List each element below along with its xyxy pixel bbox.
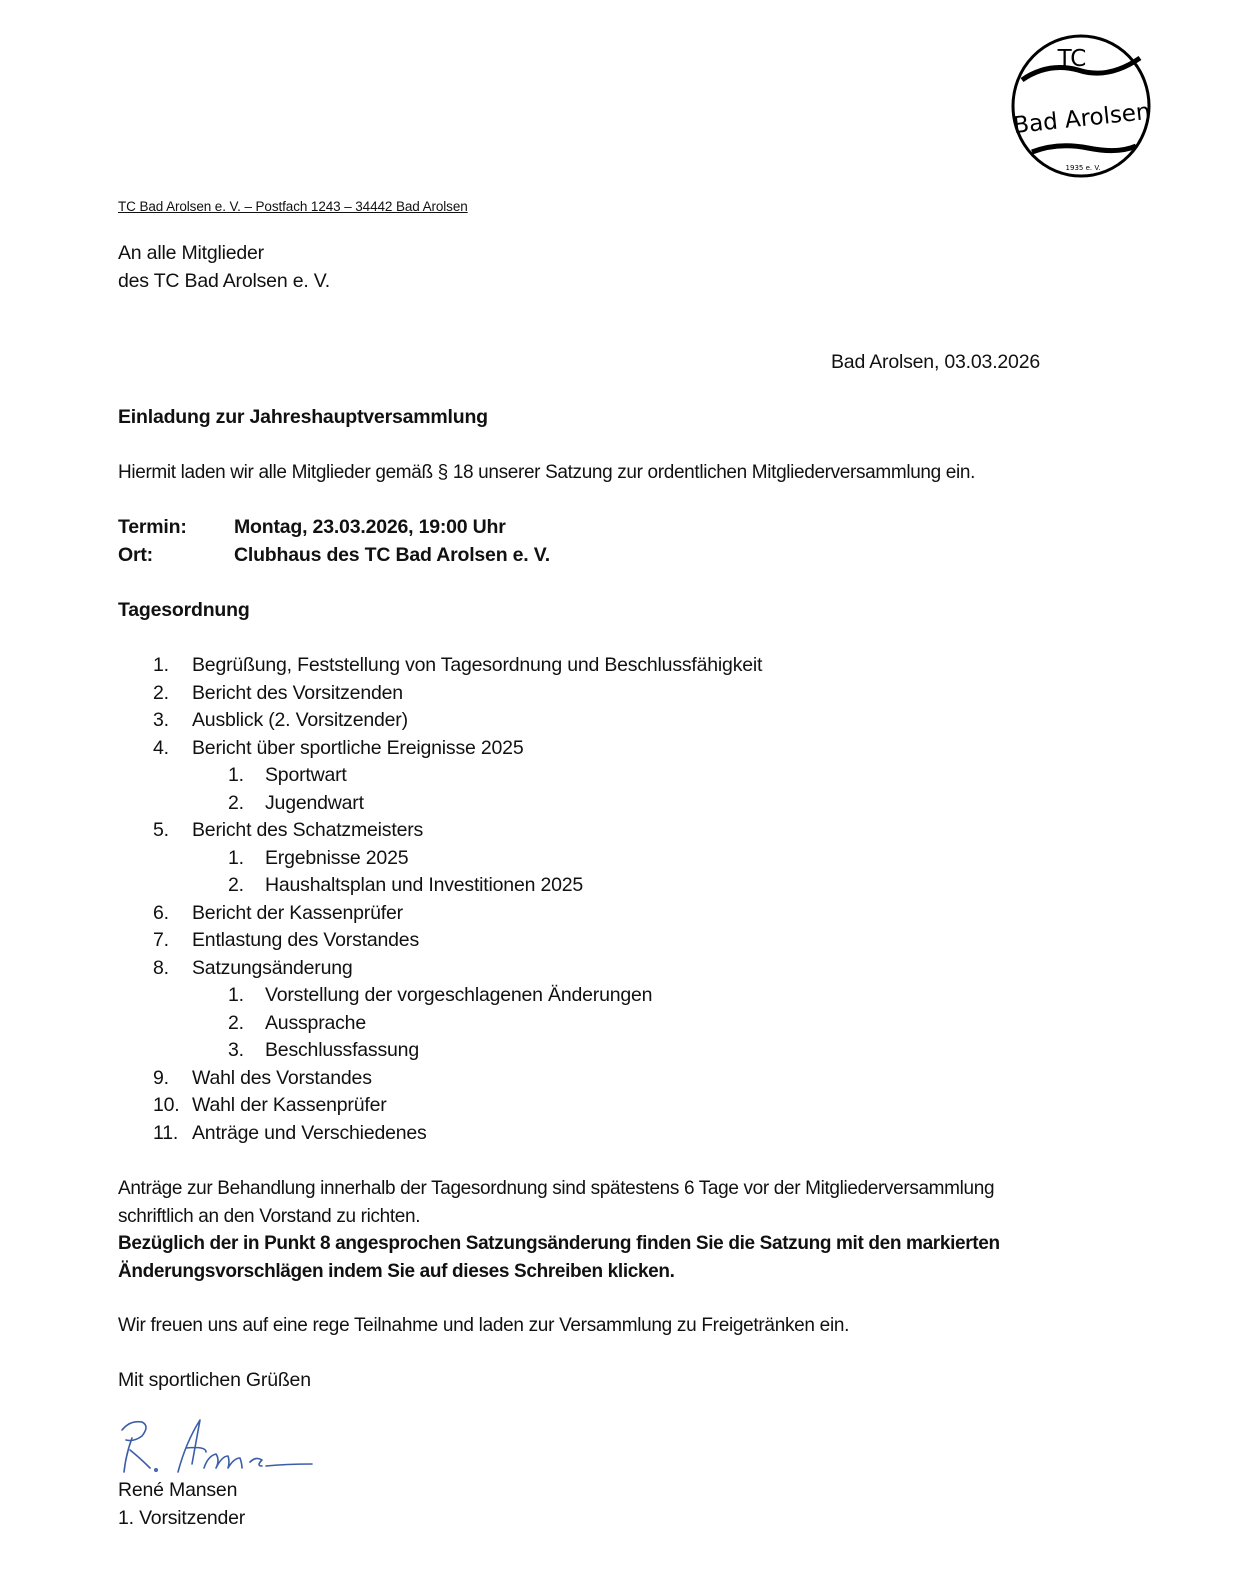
agenda-item-number: 1. — [118, 982, 265, 1010]
letter-subject: Einladung zur Jahreshauptversammlung — [118, 404, 488, 432]
agenda-item-text: Begrüßung, Feststellung von Tagesordnung… — [192, 652, 762, 680]
agenda-item: 6. Bericht der Kassenprüfer — [118, 900, 762, 928]
agenda-subitem: 1. Vorstellung der vorgeschlagenen Änder… — [118, 982, 762, 1010]
agenda-item-text: Haushaltsplan und Investitionen 2025 — [265, 872, 583, 900]
agenda-item-text: Satzungsänderung — [192, 955, 353, 983]
agenda-item: 7. Entlastung des Vorstandes — [118, 927, 762, 955]
agenda-item-text: Ausblick (2. Vorsitzender) — [192, 707, 408, 735]
statute-link-line-2[interactable]: Änderungsvorschlägen indem Sie auf diese… — [118, 1258, 1128, 1286]
sender-address-line: TC Bad Arolsen e. V. – Postfach 1243 – 3… — [118, 199, 468, 214]
recipient-line-2: des TC Bad Arolsen e. V. — [118, 268, 330, 296]
agenda-item: 10. Wahl der Kassenprüfer — [118, 1092, 762, 1120]
closing-paragraph: Wir freuen uns auf eine rege Teilnahme u… — [118, 1312, 849, 1340]
motions-line-2: schriftlich an den Vorstand zu richten. — [118, 1203, 1128, 1231]
agenda-title: Tagesordnung — [118, 597, 250, 625]
agenda-item-text: Entlastung des Vorstandes — [192, 927, 419, 955]
agenda-item-number: 7. — [118, 927, 192, 955]
agenda-item-text: Wahl der Kassenprüfer — [192, 1092, 387, 1120]
agenda-item-number: 8. — [118, 955, 192, 983]
agenda-item: 11. Anträge und Verschiedenes — [118, 1120, 762, 1148]
agenda-item-number: 1. — [118, 845, 265, 873]
agenda-item-text: Sportwart — [265, 762, 347, 790]
motions-line-1: Anträge zur Behandlung innerhalb der Tag… — [118, 1175, 1128, 1203]
agenda-list: 1. Begrüßung, Feststellung von Tagesordn… — [118, 652, 762, 1147]
agenda-item-number: 9. — [118, 1065, 192, 1093]
meeting-date-label: Termin: — [118, 514, 234, 542]
agenda-item-text: Bericht des Schatzmeisters — [192, 817, 423, 845]
agenda-item: 8. Satzungsänderung — [118, 955, 762, 983]
agenda-item-text: Aussprache — [265, 1010, 366, 1038]
place-date: Bad Arolsen, 03.03.2026 — [831, 349, 1040, 377]
agenda-item: 3. Ausblick (2. Vorsitzender) — [118, 707, 762, 735]
agenda-subitem: 2. Jugendwart — [118, 790, 762, 818]
agenda-item-number: 1. — [118, 652, 192, 680]
meeting-date-value: Montag, 23.03.2026, 19:00 Uhr — [234, 514, 506, 542]
agenda-item-number: 3. — [118, 1037, 265, 1065]
agenda-item-number: 1. — [118, 762, 265, 790]
recipient-block: An alle Mitglieder des TC Bad Arolsen e.… — [118, 240, 330, 295]
agenda-item: 5. Bericht des Schatzmeisters — [118, 817, 762, 845]
agenda-item-text: Bericht über sportliche Ereignisse 2025 — [192, 735, 523, 763]
meeting-date-row: Termin: Montag, 23.03.2026, 19:00 Uhr — [118, 514, 550, 542]
agenda-item-number: 5. — [118, 817, 192, 845]
intro-paragraph: Hiermit laden wir alle Mitglieder gemäß … — [118, 459, 975, 487]
agenda-item-number: 2. — [118, 872, 265, 900]
agenda-item-text: Wahl des Vorstandes — [192, 1065, 372, 1093]
agenda-item-text: Beschlussfassung — [265, 1037, 419, 1065]
agenda-item: 1. Begrüßung, Feststellung von Tagesordn… — [118, 652, 762, 680]
agenda-item-text: Bericht der Kassenprüfer — [192, 900, 403, 928]
agenda-item: 2. Bericht des Vorsitzenden — [118, 680, 762, 708]
agenda-item-number: 10. — [118, 1092, 192, 1120]
agenda-item-number: 4. — [118, 735, 192, 763]
agenda-subitem: 2. Haushaltsplan und Investitionen 2025 — [118, 872, 762, 900]
svg-text:TC: TC — [1057, 46, 1087, 72]
signer-role: 1. Vorsitzender — [118, 1505, 245, 1533]
meeting-location-value: Clubhaus des TC Bad Arolsen e. V. — [234, 542, 550, 570]
agenda-item-text: Bericht des Vorsitzenden — [192, 680, 403, 708]
agenda-item-number: 3. — [118, 707, 192, 735]
svg-text:1935 e. V.: 1935 e. V. — [1066, 164, 1101, 172]
meeting-location-label: Ort: — [118, 542, 234, 570]
statute-link-line-1[interactable]: Bezüglich der in Punkt 8 angesprochen Sa… — [118, 1230, 1128, 1258]
agenda-item: 4. Bericht über sportliche Ereignisse 20… — [118, 735, 762, 763]
agenda-subitem: 1. Ergebnisse 2025 — [118, 845, 762, 873]
signer-name: René Mansen — [118, 1477, 245, 1505]
agenda-item-number: 6. — [118, 900, 192, 928]
agenda-item-text: Ergebnisse 2025 — [265, 845, 408, 873]
meeting-location-row: Ort: Clubhaus des TC Bad Arolsen e. V. — [118, 542, 550, 570]
agenda-subitem: 1. Sportwart — [118, 762, 762, 790]
recipient-line-1: An alle Mitglieder — [118, 240, 330, 268]
agenda-item-text: Anträge und Verschiedenes — [192, 1120, 427, 1148]
signature — [116, 1412, 316, 1480]
motions-paragraph: Anträge zur Behandlung innerhalb der Tag… — [118, 1175, 1128, 1285]
agenda-item-number: 2. — [118, 790, 265, 818]
agenda-item-text: Vorstellung der vorgeschlagenen Änderung… — [265, 982, 652, 1010]
agenda-item: 9. Wahl des Vorstandes — [118, 1065, 762, 1093]
club-logo: TC Bad Arolsen 1935 e. V. — [1008, 30, 1156, 180]
agenda-item-text: Jugendwart — [265, 790, 364, 818]
agenda-subitem: 2. Aussprache — [118, 1010, 762, 1038]
agenda-subitem: 3. Beschlussfassung — [118, 1037, 762, 1065]
signer-block: René Mansen 1. Vorsitzender — [118, 1477, 245, 1532]
agenda-item-number: 2. — [118, 680, 192, 708]
meeting-details: Termin: Montag, 23.03.2026, 19:00 Uhr Or… — [118, 514, 550, 569]
tennis-ball-logo-icon: TC Bad Arolsen 1935 e. V. — [1008, 30, 1156, 180]
agenda-item-number: 2. — [118, 1010, 265, 1038]
agenda-item-number: 11. — [118, 1120, 192, 1148]
handwritten-signature-icon — [116, 1412, 316, 1480]
greeting: Mit sportlichen Grüßen — [118, 1367, 311, 1395]
